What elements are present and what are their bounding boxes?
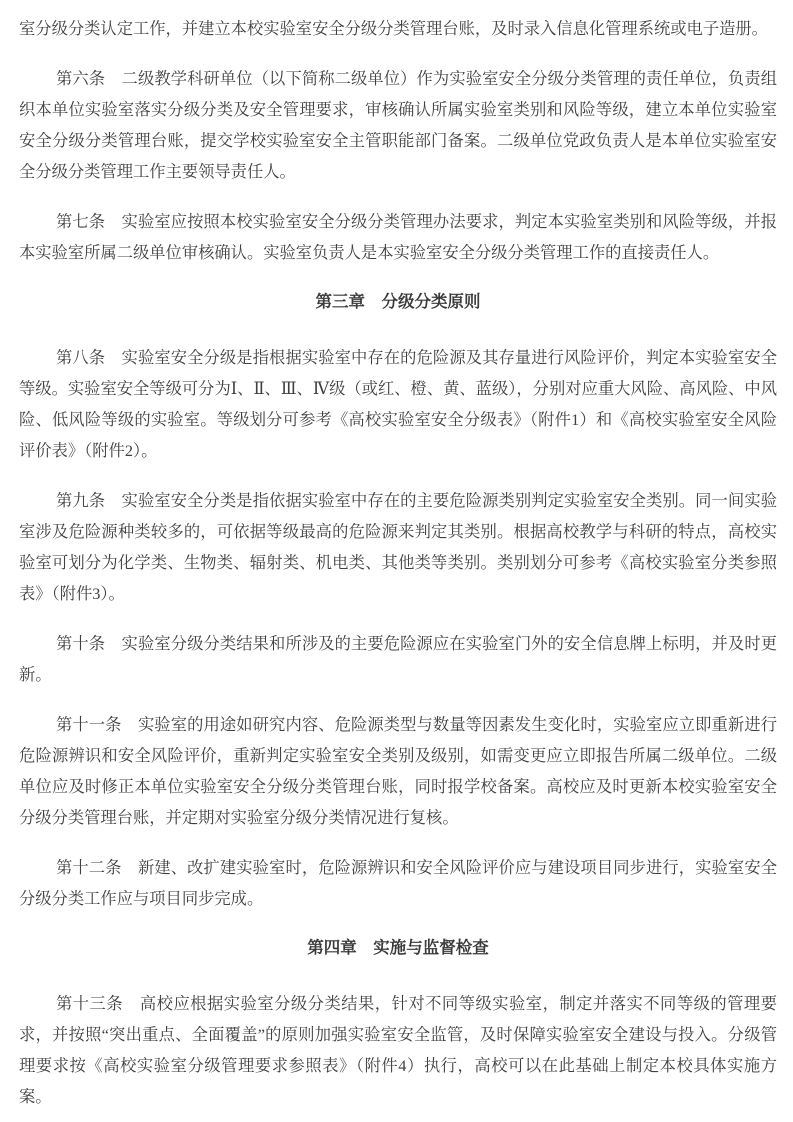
paragraph-article-8: 第八条 实验室安全分级是指根据实验室中存在的危险源及其存量进行风险评价，判定本实… bbox=[19, 342, 777, 466]
paragraph-article-12: 第十二条 新建、改扩建实验室时，危险源辨识和安全风险评价应与建设项目同步进行，实… bbox=[19, 852, 777, 914]
paragraph-article-6: 第六条 二级教学科研单位（以下简称二级单位）作为实验室安全分级分类管理的责任单位… bbox=[19, 63, 777, 187]
paragraph-article-7: 第七条 实验室应按照本校实验室安全分级分类管理办法要求，判定本实验室类别和风险等… bbox=[19, 206, 777, 268]
document-page: 室分级分类认定工作，并建立本校实验室安全分级分类管理台账，及时录入信息化管理系统… bbox=[0, 0, 793, 1122]
paragraph-article-13: 第十三条 高校应根据实验室分级分类结果，针对不同等级实验室，制定并落实不同等级的… bbox=[19, 988, 777, 1112]
paragraph-article-9: 第九条 实验室安全分类是指依据实验室中存在的主要危险源类别判定实验室安全类别。同… bbox=[19, 485, 777, 609]
chapter-heading-3: 第三章 分级分类原则 bbox=[19, 287, 777, 318]
paragraph-article-11: 第十一条 实验室的用途如研究内容、危险源类型与数量等因素发生变化时，实验室应立即… bbox=[19, 709, 777, 833]
paragraph-article-10: 第十条 实验室分级分类结果和所涉及的主要危险源应在实验室门外的安全信息牌上标明，… bbox=[19, 628, 777, 690]
chapter-heading-4: 第四章 实施与监督检查 bbox=[19, 933, 777, 964]
paragraph-continuation: 室分级分类认定工作，并建立本校实验室安全分级分类管理台账，及时录入信息化管理系统… bbox=[19, 13, 777, 44]
